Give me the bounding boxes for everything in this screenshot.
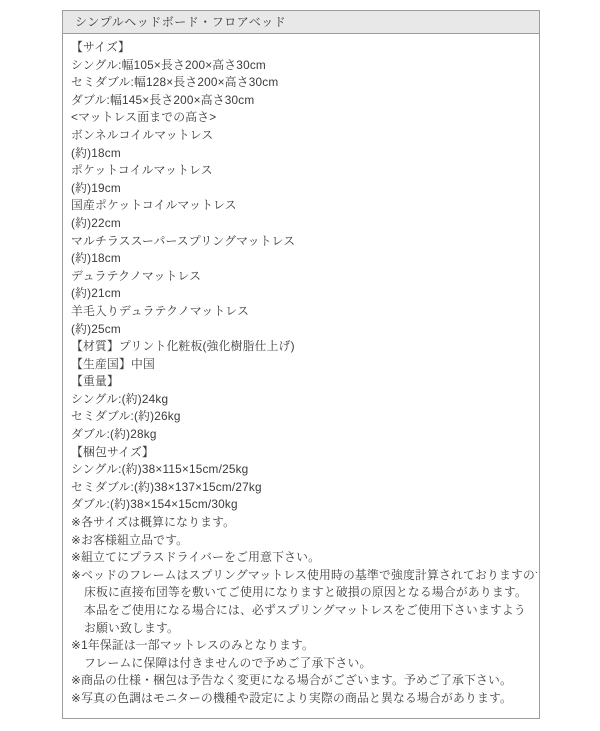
- spec-line-mattress-surface-height: (約)25cm: [71, 321, 537, 339]
- panel-header: シンプルヘッドボード・フロアベッド: [63, 11, 539, 34]
- spec-line-country: 【生産国】中国: [71, 356, 537, 374]
- spec-line-size: セミダブル:幅128×長さ200×高さ30cm: [71, 74, 537, 92]
- spec-line-notes: ※ベッドのフレームはスプリングマットレス使用時の基準で強度計算されておりますので…: [71, 567, 537, 585]
- spec-line-mattress-surface-height: 国産ポケットコイルマットレス: [71, 197, 537, 215]
- spec-line-mattress-surface-height: (約)22cm: [71, 215, 537, 233]
- panel-title: シンプルヘッドボード・フロアベッド: [75, 15, 286, 29]
- spec-line-notes: 本品をご使用になる場合には、必ずスプリングマットレスをご使用下さいますよう: [71, 602, 537, 620]
- spec-line-notes: ※1年保証は一部マットレスのみとなります。: [71, 637, 537, 655]
- spec-line-weight: ダブル:(約)28kg: [71, 426, 537, 444]
- spec-line-mattress-surface-height: デュラテクノマットレス: [71, 268, 537, 286]
- spec-line-notes: ※商品の仕様・梱包は予告なく変更になる場合がございます。予めご了承下さい。: [71, 672, 537, 690]
- spec-line-mattress-surface-height: (約)18cm: [71, 250, 537, 268]
- spec-line-weight: セミダブル:(約)26kg: [71, 408, 537, 426]
- spec-line-notes: ※組立てにプラスドライバーをご用意下さい。: [71, 549, 537, 567]
- spec-line-package-size: ダブル:(約)38×154×15cm/30kg: [71, 496, 537, 514]
- spec-line-package-size: 【梱包サイズ】: [71, 444, 537, 462]
- spec-line-mattress-surface-height: (約)21cm: [71, 285, 537, 303]
- spec-line-mattress-surface-height: (約)19cm: [71, 180, 537, 198]
- spec-line-material: 【材質】プリント化粧板(強化樹脂仕上げ): [71, 338, 537, 356]
- spec-line-notes: お願い致します。: [71, 620, 537, 638]
- product-spec-panel: シンプルヘッドボード・フロアベッド 【サイズ】シングル:幅105×長さ200×高…: [62, 10, 540, 719]
- spec-line-notes: ※写真の色調はモニターの機種や設定により実際の商品と異なる場合があります。: [71, 690, 537, 708]
- spec-line-weight: シングル:(約)24kg: [71, 391, 537, 409]
- spec-line-weight: 【重量】: [71, 373, 537, 391]
- spec-line-package-size: シングル:(約)38×115×15cm/25kg: [71, 461, 537, 479]
- spec-line-mattress-surface-height: ボンネルコイルマットレス: [71, 127, 537, 145]
- spec-line-mattress-surface-height: マルチラススーパースプリングマットレス: [71, 233, 537, 251]
- spec-line-size: ダブル:幅145×長さ200×高さ30cm: [71, 92, 537, 110]
- spec-line-notes: フレームに保障は付きませんので予めご了承下さい。: [71, 655, 537, 673]
- spec-line-mattress-surface-height: 羊毛入りデュラテクノマットレス: [71, 303, 537, 321]
- spec-line-size: シングル:幅105×長さ200×高さ30cm: [71, 57, 537, 75]
- panel-body: 【サイズ】シングル:幅105×長さ200×高さ30cmセミダブル:幅128×長さ…: [63, 34, 539, 708]
- spec-line-size: 【サイズ】: [71, 39, 537, 57]
- spec-line-notes: 床板に直接布団等を敷いてご使用になりますと破損の原因となる場合があります。: [71, 584, 537, 602]
- page: シンプルヘッドボード・フロアベッド 【サイズ】シングル:幅105×長さ200×高…: [0, 0, 600, 731]
- spec-line-mattress-surface-height: ポケットコイルマットレス: [71, 162, 537, 180]
- spec-line-notes: ※各サイズは概算になります。: [71, 514, 537, 532]
- spec-line-mattress-surface-height: (約)18cm: [71, 145, 537, 163]
- spec-line-package-size: セミダブル:(約)38×137×15cm/27kg: [71, 479, 537, 497]
- spec-line-notes: ※お客様組立品です。: [71, 532, 537, 550]
- spec-line-mattress-surface-height: <マットレス面までの高さ>: [71, 109, 537, 127]
